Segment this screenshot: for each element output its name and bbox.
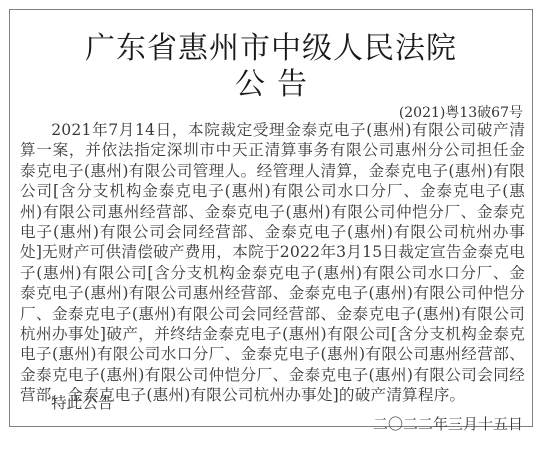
notice-heading: 公告: [10, 68, 532, 102]
notice-body: 2021年7月14日，本院裁定受理金泰克电子(惠州)有限公司破产清算一案，并依法…: [20, 120, 525, 406]
notice-date: 二〇二二年三月十五日: [373, 414, 523, 434]
court-notice: 广东省惠州市中级人民法院 公告 (2021)粤13破67号 2021年7月14日…: [9, 9, 533, 427]
closing-phrase: 特此公告: [51, 393, 113, 413]
court-name-title: 广东省惠州市中级人民法院: [10, 32, 532, 66]
